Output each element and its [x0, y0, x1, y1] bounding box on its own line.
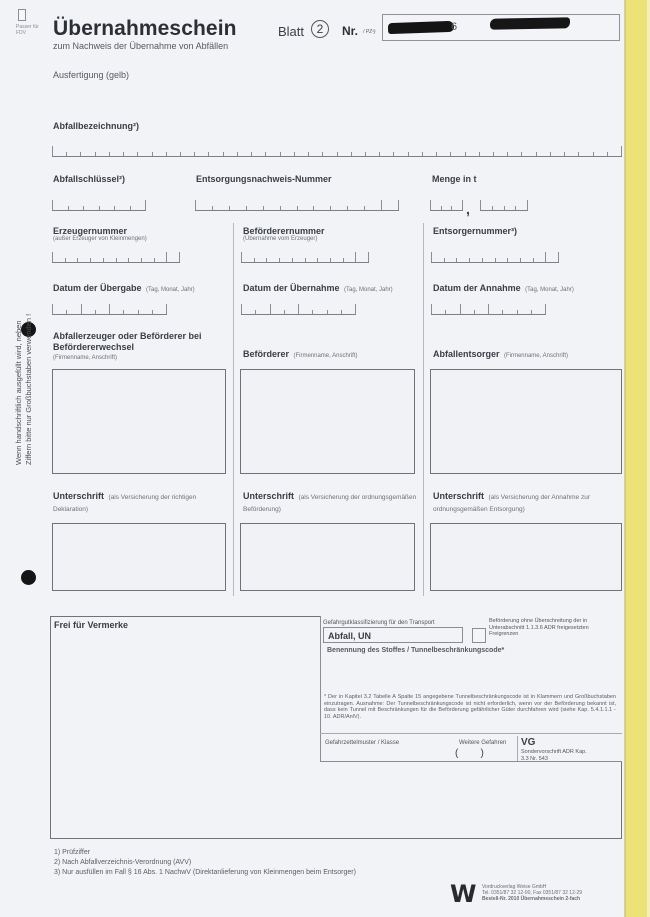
form-title: Übernahmeschein — [53, 17, 237, 41]
disposer-number-label: Entsorgernummer³) — [433, 226, 517, 236]
takeover-date-label: Datum der Übernahme — [243, 283, 340, 293]
handover-date-label: Datum der Übergabe — [53, 283, 142, 293]
hazard-class-label: Gefahrzettelmuster / Klasse — [325, 740, 399, 746]
party-note: (Firmenname, Anschrift) — [53, 355, 117, 361]
hazard-classification-value: Abfall, UN — [328, 631, 371, 641]
disposer-address-box[interactable] — [430, 369, 622, 474]
date-format-note: (Tag, Monat, Jahr) — [146, 287, 195, 293]
quantity-label: Menge in t — [432, 174, 477, 184]
signature-label: Unterschrift — [433, 491, 484, 501]
waste-code-field[interactable] — [52, 201, 146, 211]
date-format-note: (Tag, Monat, Jahr) — [525, 287, 574, 293]
disposer-signature-label-group: Unterschrift (als Versicherung der Annah… — [433, 490, 618, 514]
punch-hole-marker — [21, 570, 36, 585]
takeover-date-field[interactable] — [241, 305, 356, 315]
producer-number-label: Erzeugernummer — [53, 226, 127, 236]
date-format-note: (Tag, Monat, Jahr) — [344, 287, 393, 293]
waste-designation-field[interactable] — [52, 147, 622, 157]
printer-logo: W — [450, 880, 473, 908]
handwriting-instruction-line: Wenn handschriftlich ausgefüllt wird, ne… — [14, 314, 24, 465]
producer-address-box[interactable] — [52, 369, 226, 474]
quantity-integer-field[interactable] — [430, 201, 463, 211]
redaction-mark — [388, 21, 454, 34]
carrier-number-label: Beförderernummer — [243, 226, 325, 236]
disposer-party-label-group: Abfallentsorger (Firmenname, Anschrift) — [433, 344, 568, 362]
footnote-1: 1) Prüfziffer — [54, 848, 356, 858]
exemption-label: Beförderung ohne Überschreitung der in U… — [489, 618, 601, 638]
form-subtitle: zum Nachweis der Übernahme von Abfällen — [53, 41, 228, 51]
substance-field[interactable] — [323, 656, 618, 688]
acceptance-date-label: Datum der Annahme — [433, 283, 521, 293]
signature-label: Unterschrift — [243, 491, 294, 501]
number-label: Nr. — [342, 24, 358, 38]
acceptance-date-label-group: Datum der Annahme (Tag, Monat, Jahr) — [433, 278, 574, 296]
hazard-divider — [320, 733, 622, 734]
carrier-number-note: (Übernahme vom Erzeuger) — [243, 236, 317, 242]
handover-date-field[interactable] — [52, 305, 167, 315]
disposal-proof-number-label: Entsorgungsnachweis-Nummer — [196, 174, 332, 184]
column-divider — [423, 223, 424, 596]
sheet-label: Blatt — [278, 24, 304, 39]
quantity-decimal-field[interactable] — [480, 201, 528, 211]
handover-date-label-group: Datum der Übergabe (Tag, Monat, Jahr) — [53, 278, 195, 296]
further-hazards-field[interactable]: ( ) — [455, 748, 484, 759]
yellow-copy-strip — [625, 0, 650, 917]
passer-label: Passer für FDV — [16, 24, 46, 36]
signature-label: Unterschrift — [53, 491, 104, 501]
footnotes: 1) Prüfziffer 2) Nach Abfallverzeichnis-… — [54, 848, 356, 878]
party-note: (Firmenname, Anschrift) — [293, 353, 357, 359]
producer-number-field[interactable] — [52, 253, 180, 263]
carrier-party-label: Beförderer — [243, 349, 289, 359]
remarks-label: Frei für Vermerke — [54, 620, 128, 630]
disposer-party-label: Abfallentsorger — [433, 349, 500, 359]
carrier-address-box[interactable] — [240, 369, 415, 474]
tunnel-code-footnote: * Der in Kapitel 3.2 Tabelle A Spalte 15… — [324, 694, 616, 720]
passer-icon — [18, 9, 26, 21]
printer-imprint-line: Bestell-Nr. 2010 Übernahmeschein 2-fach — [482, 896, 582, 902]
number-check-digit-note: / PZ¹) — [363, 29, 376, 35]
takeover-date-label-group: Datum der Übernahme (Tag, Monat, Jahr) — [243, 278, 393, 296]
sheet-number: 2 — [311, 20, 329, 38]
printer-imprint: Vordruckverlag Weise GmbH Tel. 0351/87 3… — [482, 884, 582, 902]
disposer-number-field[interactable] — [431, 253, 559, 263]
handwriting-instruction-line: Ziffern bitte nur Großbuchstaben verwend… — [24, 314, 34, 465]
column-divider — [233, 223, 234, 596]
producer-signature-label-group: Unterschrift (als Versicherung der richt… — [53, 490, 231, 514]
producer-number-note: (außer Erzeuger von Kleinmengen) — [53, 236, 147, 242]
vg-divider — [517, 736, 518, 761]
disposal-proof-number-field[interactable] — [195, 201, 399, 211]
producer-party-label: Abfallerzeuger oder Beförderer bei Beför… — [53, 331, 228, 353]
footnote-2: 2) Nach Abfallverzeichnis-Verordnung (AV… — [54, 858, 356, 868]
exemption-checkbox[interactable] — [472, 628, 486, 643]
handwriting-instruction: Wenn handschriftlich ausgefüllt wird, ne… — [14, 314, 34, 465]
quantity-decimal-separator: , — [466, 201, 470, 217]
vg-label: VG — [521, 737, 535, 748]
party-note: (Firmenname, Anschrift) — [504, 353, 568, 359]
document-number-tail: 6 — [451, 21, 457, 33]
copy-label: Ausfertigung (gelb) — [53, 70, 129, 80]
carrier-party-label-group: Beförderer (Firmenname, Anschrift) — [243, 344, 358, 362]
footnote-3: 3) Nur ausfüllen im Fall § 16 Abs. 1 Nac… — [54, 868, 356, 878]
hazard-classification-label: Gefahrgutklassifizierung für den Transpo… — [323, 620, 435, 626]
carrier-number-field[interactable] — [241, 253, 369, 263]
acceptance-date-field[interactable] — [431, 305, 546, 315]
special-provision-label: Sondervorschrift ADR Kap. 3.3 Nr. 543 — [521, 749, 591, 762]
disposer-signature-box[interactable] — [430, 523, 622, 591]
substance-label: Benennung des Stoffes / Tunnelbeschränku… — [327, 647, 504, 654]
further-hazards-label: Weitere Gefahren — [459, 740, 506, 746]
carrier-signature-box[interactable] — [240, 523, 415, 591]
waste-designation-label: Abfallbezeichnung²) — [53, 121, 139, 131]
producer-signature-box[interactable] — [52, 523, 226, 591]
redaction-mark — [490, 17, 570, 29]
hazard-classification-field[interactable]: Abfall, UN — [323, 627, 463, 643]
waste-code-label: Abfallschlüssel²) — [53, 174, 125, 184]
carrier-signature-label-group: Unterschrift (als Versicherung der ordnu… — [243, 490, 418, 514]
